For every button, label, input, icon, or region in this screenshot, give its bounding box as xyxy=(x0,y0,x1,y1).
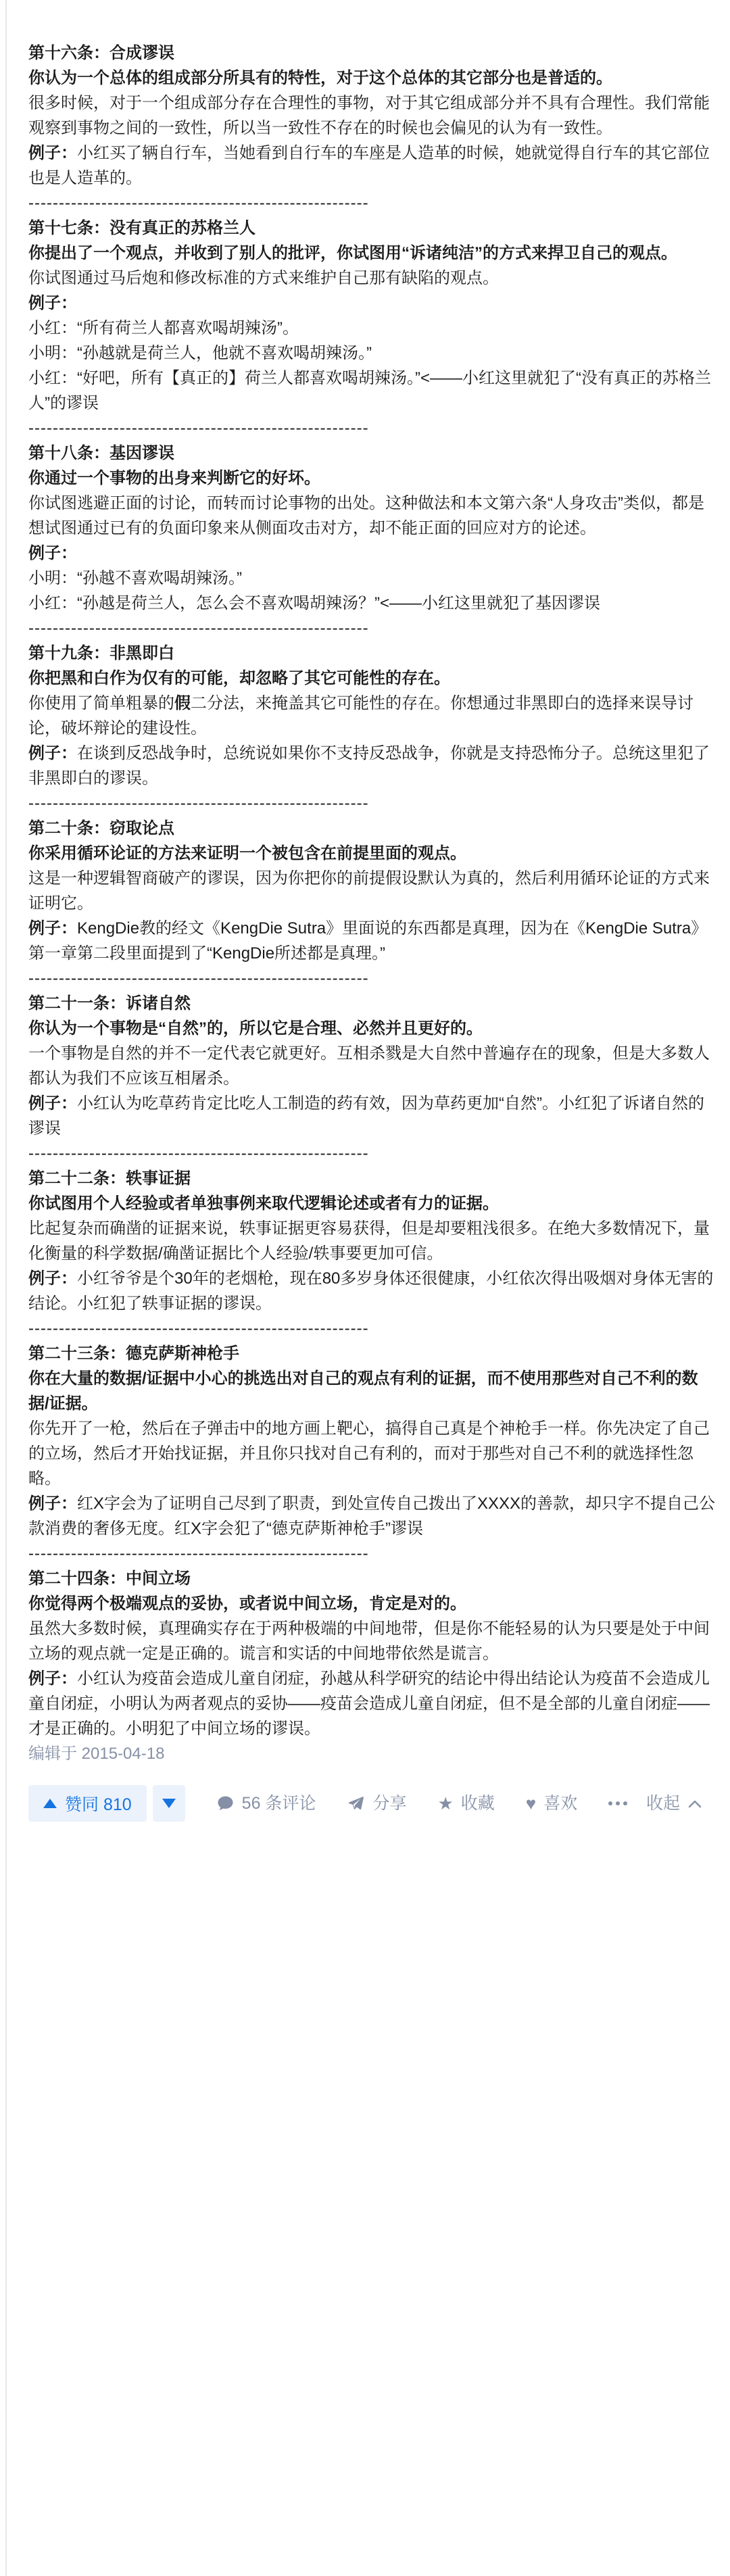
section-claim: 你试图用个人经验或者单独事例来取代逻辑论述或者有力的证据。 xyxy=(28,1191,718,1216)
chevron-up-icon xyxy=(688,1799,702,1808)
section-paragraph: 例子：KengDie教的经文《KengDie Sutra》里面说的东西都是真理，… xyxy=(28,916,718,966)
comments-label: 56 条评论 xyxy=(242,1791,316,1816)
upvote-label: 赞同 810 xyxy=(65,1791,132,1816)
section-separator: ----------------------------------------… xyxy=(28,1541,718,1566)
page-left-border xyxy=(5,0,7,2576)
heart-icon: ♥ xyxy=(526,1795,536,1812)
section-paragraph: 小红：“好吧，所有【真正的】荷兰人都喜欢喝胡辣汤。”<——小红这里就犯了“没有真… xyxy=(28,366,718,416)
section-paragraph: 例子： xyxy=(28,541,718,566)
section-title: 第二十条：窃取论点 xyxy=(28,816,718,841)
section-separator: ----------------------------------------… xyxy=(28,416,718,441)
section-title: 第二十三条：德克萨斯神枪手 xyxy=(28,1341,718,1366)
section-paragraph: 例子：小红买了辆自行车，当她看到自行车的车座是人造革的时候，她就觉得自行车的其它… xyxy=(28,141,718,191)
star-icon: ★ xyxy=(437,1795,453,1812)
section-separator: ----------------------------------------… xyxy=(28,191,718,216)
section-title: 第十六条：合成谬误 xyxy=(28,41,718,66)
section-claim: 你在大量的数据/证据中小心的挑选出对自己的观点有利的证据，而不使用那些对自己不利… xyxy=(28,1366,718,1416)
section-paragraph: 例子：红X字会为了证明自己尽到了职责，到处宣传自己拨出了XXXX的善款，却只字不… xyxy=(28,1491,718,1541)
share-label: 分享 xyxy=(372,1791,406,1816)
section-paragraph: 小明：“孙越不喜欢喝胡辣汤。” xyxy=(28,566,718,591)
section-paragraph: 小红：“孙越是荷兰人，怎么会不喜欢喝胡辣汤？”<——小红这里就犯了基因谬误 xyxy=(28,591,718,616)
answer-body: 第十六条：合成谬误你认为一个总体的组成部分所具有的特性，对于这个总体的其它部分也… xyxy=(28,41,718,1741)
section-claim: 你认为一个总体的组成部分所具有的特性，对于这个总体的其它部分也是普适的。 xyxy=(28,66,718,91)
section-separator: ----------------------------------------… xyxy=(28,1141,718,1166)
section-claim: 你通过一个事物的出身来判断它的好坏。 xyxy=(28,466,718,491)
section-paragraph: 你先开了一枪，然后在子弹击中的地方画上靶心，搞得自己真是个神枪手一样。你先决定了… xyxy=(28,1416,718,1491)
comment-bubble-icon xyxy=(216,1795,235,1813)
section-paragraph: 一个事物是自然的并不一定代表它就更好。互相杀戮是大自然中普遍存在的现象，但是大多… xyxy=(28,1041,718,1091)
section-separator: ----------------------------------------… xyxy=(28,966,718,991)
section-separator: ----------------------------------------… xyxy=(28,1316,718,1341)
section-claim: 你觉得两个极端观点的妥协，或者说中间立场，肯定是对的。 xyxy=(28,1591,718,1616)
section-separator: ----------------------------------------… xyxy=(28,791,718,816)
section-claim: 你认为一个事物是“自然”的，所以它是合理、必然并且更好的。 xyxy=(28,1016,718,1041)
section-claim: 你采用循环论证的方法来证明一个被包含在前提里面的观点。 xyxy=(28,841,718,866)
section-title: 第十七条：没有真正的苏格兰人 xyxy=(28,216,718,241)
section-title: 第十八条：基因谬误 xyxy=(28,441,718,466)
section-paragraph: 例子：在谈到反恐战争时，总统说如果你不支持反恐战争，你就是支持恐怖分子。总统这里… xyxy=(28,741,718,791)
section-paragraph: 例子：小红认为疫苗会造成儿童自闭症，孙越从科学研究的结论中得出结论认为疫苗不会造… xyxy=(28,1666,718,1741)
upvote-triangle-icon xyxy=(43,1799,57,1808)
answer-action-bar: 赞同 810 56 条评论 分享 ★ 收藏 ♥ 喜欢 xyxy=(28,1785,718,1822)
upvote-button[interactable]: 赞同 810 xyxy=(28,1785,147,1822)
section-title: 第十九条：非黑即白 xyxy=(28,641,718,666)
section-paragraph: 例子：小红认为吃草药肯定比吃人工制造的药有效，因为草药更加“自然”。小红犯了诉诸… xyxy=(28,1091,718,1141)
more-dots-icon xyxy=(608,1801,627,1805)
answer-content: 第十六条：合成谬误你认为一个总体的组成部分所具有的特性，对于这个总体的其它部分也… xyxy=(0,0,730,1822)
section-paragraph: 这是一种逻辑智商破产的谬误，因为你把你的前提假设默认为真的，然后利用循环论证的方… xyxy=(28,866,718,916)
vote-group: 赞同 810 xyxy=(28,1785,185,1822)
like-button[interactable]: ♥ 喜欢 xyxy=(526,1791,577,1816)
downvote-button[interactable] xyxy=(153,1785,185,1822)
section-paragraph: 小红：“所有荷兰人都喜欢喝胡辣汤”。 xyxy=(28,316,718,341)
downvote-triangle-icon xyxy=(162,1799,176,1808)
section-paragraph: 你试图通过马后炮和修改标准的方式来维护自己那有缺陷的观点。 xyxy=(28,266,718,291)
comments-button[interactable]: 56 条评论 xyxy=(216,1791,316,1816)
share-button[interactable]: 分享 xyxy=(347,1791,406,1816)
section-paragraph: 你试图逃避正面的讨论，而转而讨论事物的出处。这种做法和本文第六条“人身攻击”类似… xyxy=(28,491,718,541)
section-paragraph: 例子： xyxy=(28,291,718,316)
collapse-label: 收起 xyxy=(646,1791,680,1816)
section-paragraph: 虽然大多数时候，真理确实存在于两种极端的中间地带，但是你不能轻易的认为只要是处于… xyxy=(28,1616,718,1666)
section-paragraph: 小明：“孙越就是荷兰人，他就不喜欢喝胡辣汤。” xyxy=(28,341,718,366)
section-paragraph: 比起复杂而确凿的证据来说，轶事证据更容易获得，但是却要粗浅很多。在绝大多数情况下… xyxy=(28,1216,718,1266)
like-label: 喜欢 xyxy=(543,1791,577,1816)
section-separator: ----------------------------------------… xyxy=(28,616,718,641)
section-claim: 你提出了一个观点，并收到了别人的批评，你试图用“诉诸纯洁”的方式来捍卫自己的观点… xyxy=(28,241,718,266)
section-paragraph: 例子：小红爷爷是个30年的老烟枪，现在80多岁身体还很健康，小红依次得出吸烟对身… xyxy=(28,1266,718,1316)
paper-plane-icon xyxy=(347,1795,365,1813)
favorite-label: 收藏 xyxy=(461,1791,495,1816)
section-title: 第二十二条：轶事证据 xyxy=(28,1166,718,1191)
section-title: 第二十四条：中间立场 xyxy=(28,1566,718,1591)
more-button[interactable] xyxy=(608,1801,627,1805)
section-title: 第二十一条：诉诸自然 xyxy=(28,991,718,1016)
collapse-button[interactable]: 收起 xyxy=(646,1791,702,1816)
section-claim: 你把黑和白作为仅有的可能，却忽略了其它可能性的存在。 xyxy=(28,666,718,691)
section-paragraph: 很多时候，对于一个组成部分存在合理性的事物，对于其它组成部分并不具有合理性。我们… xyxy=(28,91,718,141)
favorite-button[interactable]: ★ 收藏 xyxy=(437,1791,494,1816)
section-paragraph: 你使用了简单粗暴的假二分法，来掩盖其它可能性的存在。你想通过非黑即白的选择来误导… xyxy=(28,691,718,741)
edited-timestamp: 编辑于 2015-04-18 xyxy=(28,1741,718,1766)
